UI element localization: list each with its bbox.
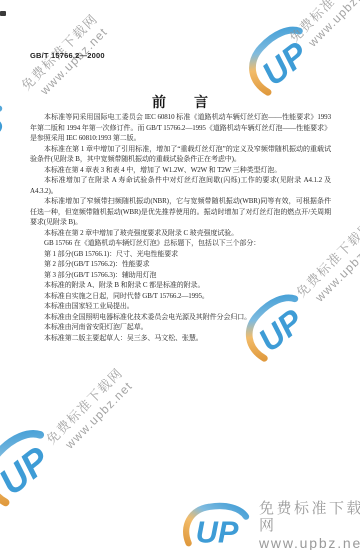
- paragraph: 第 3 部分(GB/T 15766.3)：辅助用灯泡: [30, 270, 331, 281]
- document-layer: GB/T 15766.2—2000 前 言 本标准等同采用国际电工委员会 IEC…: [0, 0, 360, 550]
- paragraph: 本标准增加了窄频带扫频随机振动(NBR)，它与宽频带随机振动(WBR)同等有效，…: [30, 196, 331, 228]
- paragraph: 第 2 部分(GB/T 15766.2)：性能要求: [30, 259, 331, 270]
- paragraph: 本标准在第 4 章表 3 和表 4 中，增加了 W1.2W、W2W 和 T2W …: [30, 165, 331, 176]
- paragraph: 本标准等同采用国际电工委员会 IEC 60810 标准《道路机动车辆灯丝灯泡——…: [30, 112, 331, 144]
- scan-artifact: [0, 11, 6, 16]
- paragraph: 本标准由国家轻工业局提出。: [30, 301, 331, 312]
- paragraph: 本标准由全国照明电器标准化技术委员会电光源及其附件分会归口。: [30, 312, 331, 323]
- paragraph: 本标准自实施之日起，同时代替 GB/T 15766.2—1995。: [30, 291, 331, 302]
- paragraph: 本标准在第 1 章中增加了引用标准，增加了“重载灯丝灯泡”的定义及窄频带随机振动…: [30, 144, 331, 165]
- paragraph: 本标准的附录 A、附录 B 和附录 C 都是标准的附录。: [30, 280, 331, 291]
- paragraph: 第 1 部分(GB 15766.1)：尺寸、光电性能要求: [30, 249, 331, 260]
- foreword-body: 本标准等同采用国际电工委员会 IEC 60810 标准《道路机动车辆灯丝灯泡——…: [30, 112, 331, 343]
- paragraph: GB 15766 在《道路机动车辆灯丝灯泡》总标题下，包括以下三个部分：: [30, 238, 331, 249]
- paragraph: 本标准增加了在附录 A 寿命试验条件中对灯丝灯泡间歇(闪烁)工作的要求(见附录 …: [30, 175, 331, 196]
- standard-number: GB/T 15766.2—2000: [30, 51, 105, 60]
- scanned-document-page: UP 免费标准下载网 www.upbz.net 免费标准下载网 www.upbz…: [0, 0, 360, 550]
- paragraph: 本标准第二版主要起草人：吴三多、马文松、张慧。: [30, 333, 331, 344]
- paragraph: 本标准在第 2 章中增加了玻壳强度要求及附录 C 玻壳强度试验。: [30, 228, 331, 239]
- paragraph: 本标准由河南省安阳灯泡厂起草。: [30, 322, 331, 333]
- page-title: 前 言: [0, 92, 360, 112]
